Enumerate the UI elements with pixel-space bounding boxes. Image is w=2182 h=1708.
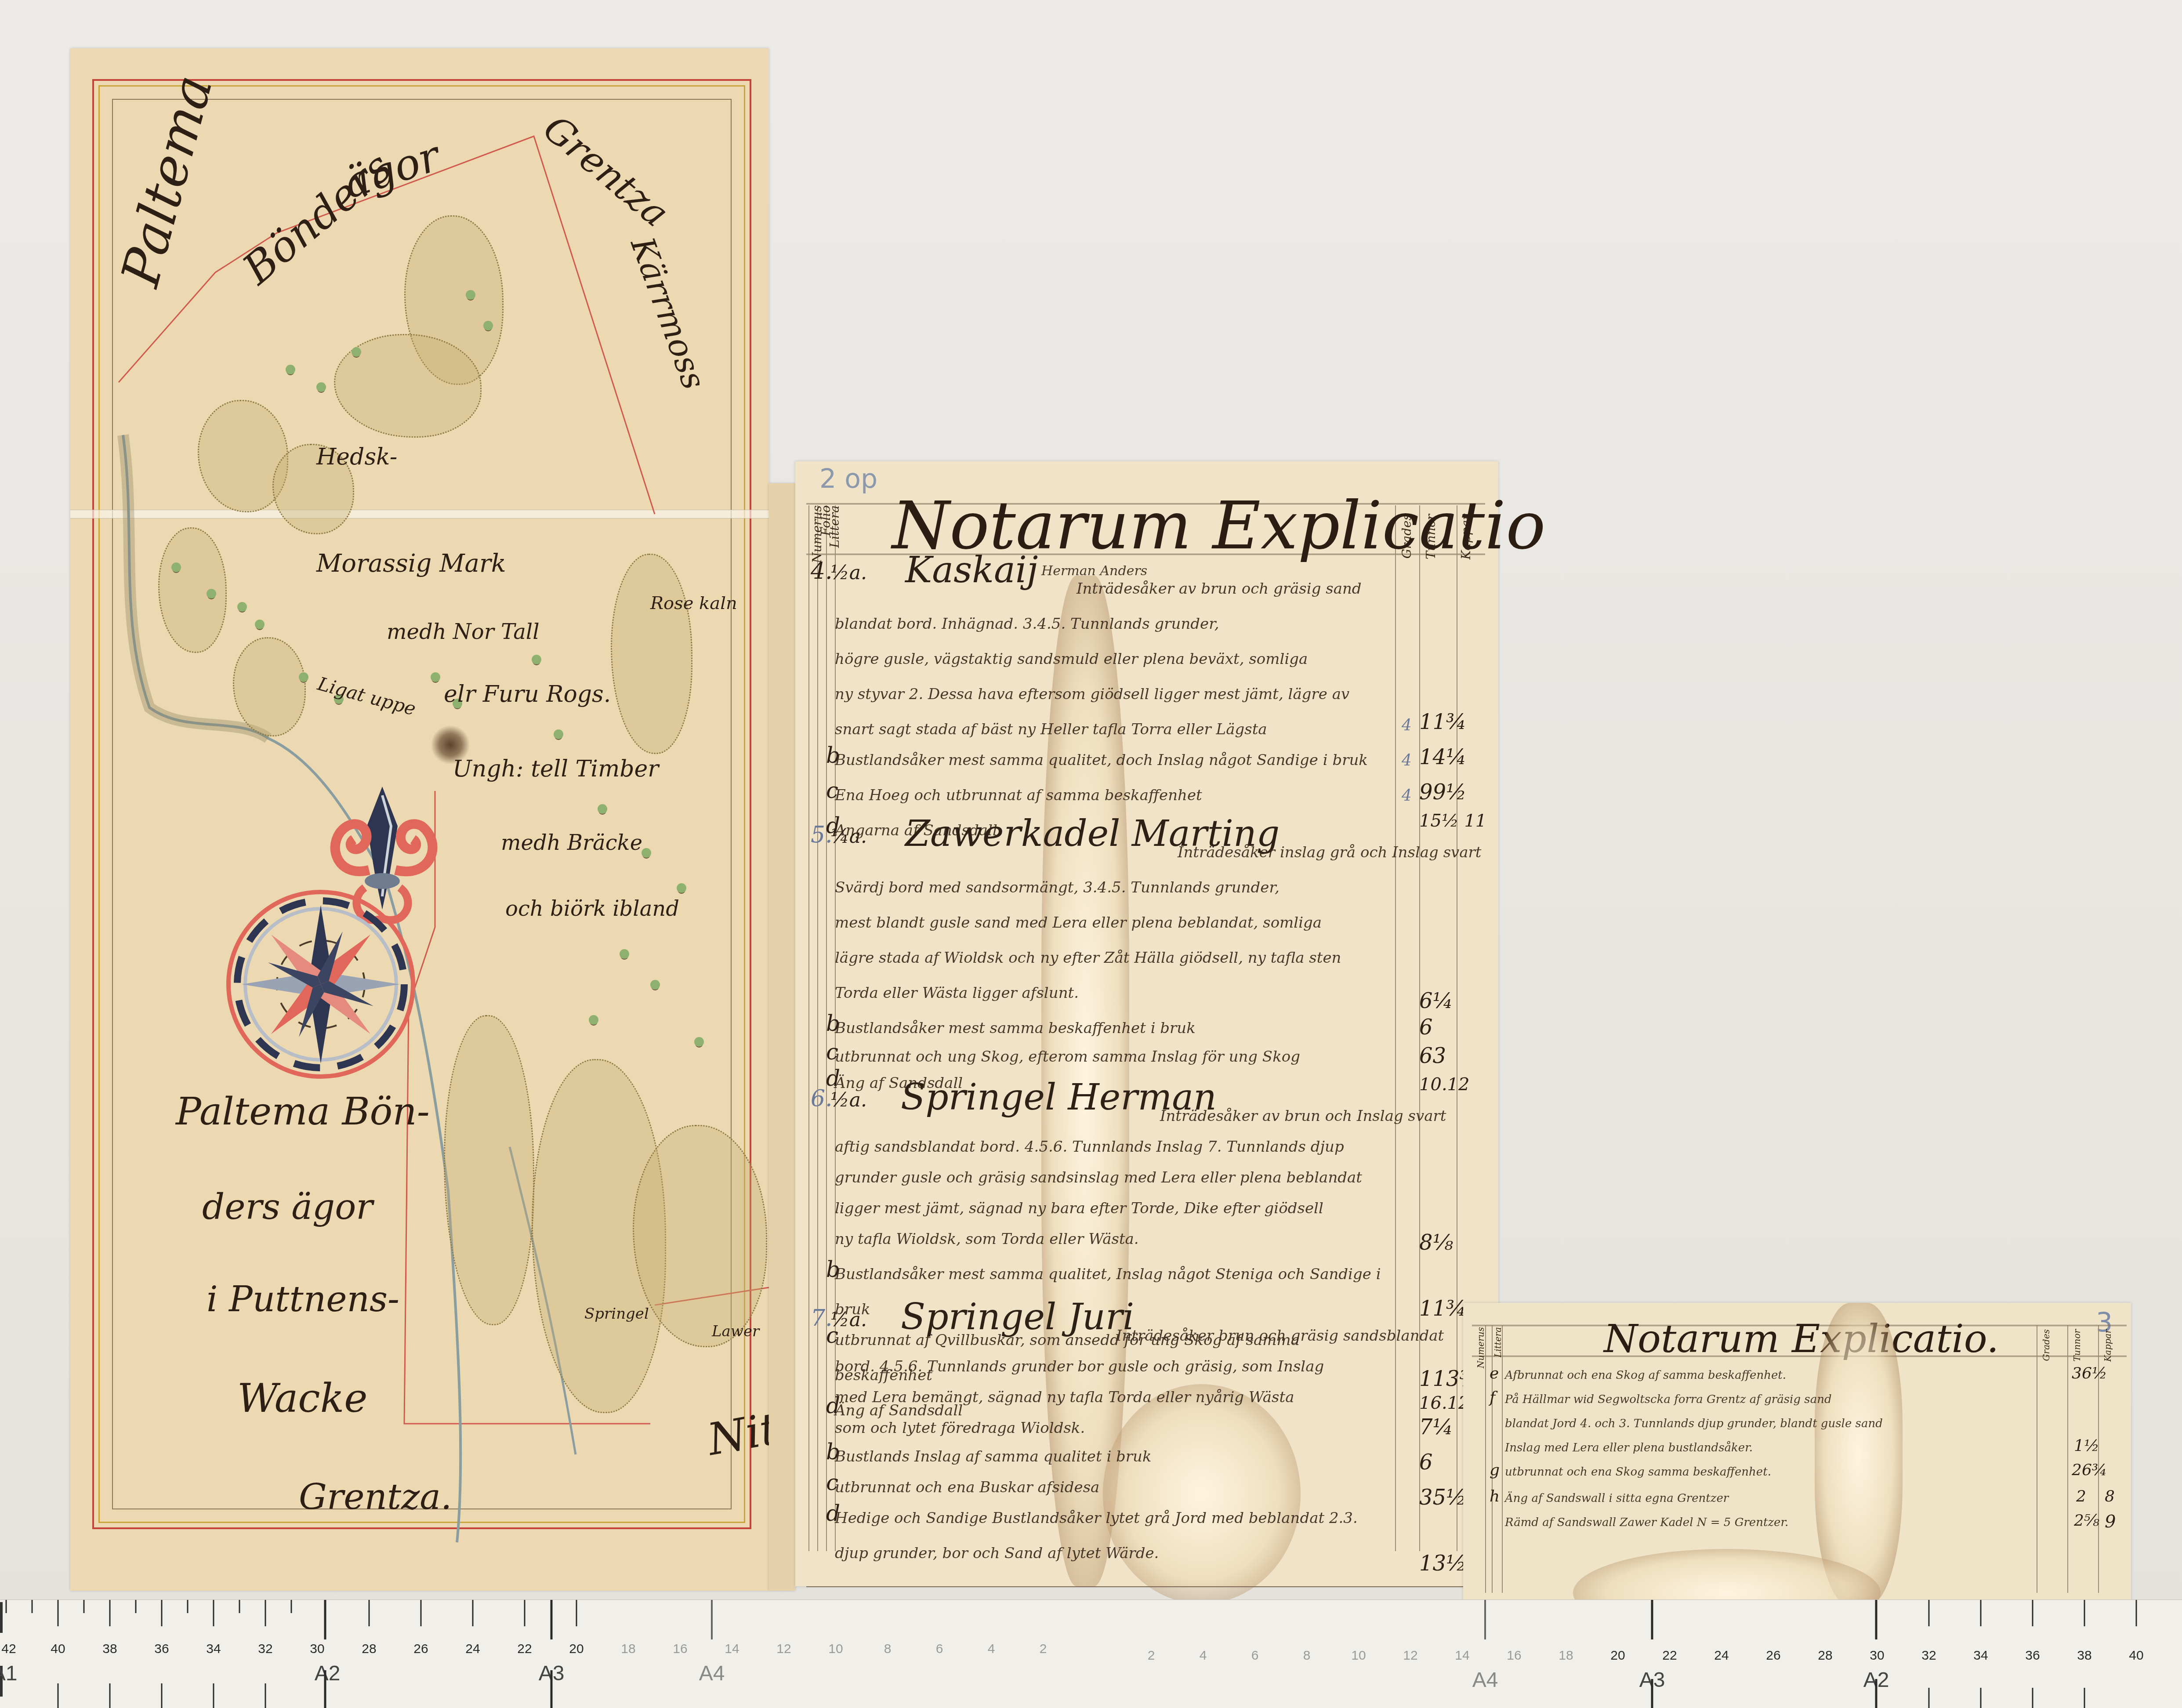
- tree-icon: [694, 1037, 704, 1047]
- item-text: utbrunnat och ena Buskar afsidesa: [835, 1470, 1099, 1505]
- entry-line: snart sagt stada af bäst ny Heller tafla…: [835, 712, 1267, 747]
- tunnor-value: 6: [1419, 1450, 1433, 1475]
- entry-line: ligger mest jämt, sägnad ny bara efter T…: [835, 1191, 1323, 1226]
- tunnor-value: 6¼: [1419, 989, 1453, 1013]
- tree-icon: [620, 949, 629, 959]
- column-rule: [817, 505, 818, 1551]
- label-lawer: Lawer: [712, 1323, 759, 1340]
- tree-icon: [466, 290, 475, 300]
- entry-number: 4.: [811, 558, 833, 584]
- item-text: Rämd af Sandswall Zawer Kadel N = 5 Gren…: [1505, 1512, 1788, 1534]
- ledger-page-2: 3 Numerus Littera Grades Tunnor Kappar N…: [1463, 1303, 2131, 1606]
- entry-number: 6.: [811, 1085, 833, 1112]
- entry-line: Inträdesåker brun och gräsig sandsblanda…: [1116, 1318, 1444, 1353]
- entry-line: lägre stada af Wioldsk och ny efter Zåt …: [835, 940, 1341, 975]
- entry-line: Inträdesåker av brun och Inslag svart: [1160, 1099, 1446, 1134]
- entry-name: Springel Juri: [901, 1296, 1134, 1338]
- map-side-title-line5: Grentza.: [299, 1476, 452, 1517]
- footer-rule: [806, 1586, 1485, 1587]
- burn-damage: [1103, 1384, 1301, 1604]
- label-hedsk: Hedsk-: [316, 444, 397, 470]
- item-text: Ena Hoeg och utbrunnat af samma beskaffe…: [835, 778, 1202, 813]
- label-springel: Springel: [584, 1305, 649, 1323]
- item-text: Hedige och Sandige Bustlandsåker lytet g…: [835, 1501, 1384, 1571]
- item-text: Bustlands Inslag af samma qualitet i bru…: [835, 1439, 1152, 1474]
- tree-icon: [299, 672, 308, 682]
- label-biork-ibland: och biörk ibland: [505, 896, 679, 921]
- entry-line: grunder gusle och gräsig sandsinslag med…: [835, 1160, 1362, 1195]
- tunnor-value: 6: [1419, 1015, 1433, 1040]
- tunnor-value: 14¼: [1419, 745, 1467, 769]
- kappar-value: 9: [2105, 1512, 2116, 1532]
- entry-line: mest blandt gusle sand med Lera eller pl…: [835, 905, 1322, 940]
- label-rose-kaln: Rose kaln: [650, 593, 737, 613]
- entry-line: Inträdesåker inslag grå och Inslag svart: [1178, 835, 1482, 870]
- label-nor-tall: medh Nor Tall: [387, 620, 540, 644]
- tree-icon: [431, 672, 440, 682]
- map-side-title-line4: Wacke: [237, 1375, 368, 1422]
- column-rule: [2037, 1325, 2037, 1593]
- entry-line: aftig sandsblandat bord. 4.5.6. Tunnland…: [835, 1129, 1344, 1164]
- column-rule: [2067, 1325, 2068, 1593]
- tree-icon: [532, 655, 541, 664]
- tunnor-value: 11¾: [1419, 710, 1467, 734]
- entry-fraction: ½a.: [830, 1309, 867, 1331]
- entry-line: blandat bord. Inhägnad. 3.4.5. Tunnlands…: [835, 606, 1219, 642]
- tunnor-value: 63: [1419, 1044, 1446, 1068]
- entry-line: Torda eller Wästa ligger afslunt.: [835, 975, 1079, 1011]
- tree-icon: [237, 602, 247, 612]
- col-head-numerus: Numerus: [1475, 1327, 1486, 1368]
- entry-line: Inträdesåker av brun och gräsig sand: [1077, 571, 1362, 606]
- item-letter: f: [1490, 1389, 1495, 1407]
- measurement-ruler: 42 40 38 36 34 32 30 28 26 24 22 20 18 1…: [0, 1599, 2182, 1708]
- item-text: Inslag med Lera eller plena bustlandsåke…: [1505, 1437, 1753, 1459]
- tree-icon: [352, 347, 361, 357]
- map-side-title-line3: i Puttnens-: [207, 1279, 399, 1320]
- page-mark: 2 op: [819, 464, 877, 494]
- burn-stain: [431, 725, 470, 765]
- tree-icon: [207, 589, 216, 598]
- tree-icon: [589, 1015, 598, 1025]
- entry-line: högre gusle, vägstaktig sandsmuld eller …: [835, 642, 1308, 677]
- column-rule: [808, 505, 809, 1551]
- total-value: 16.12: [1419, 1393, 1470, 1413]
- col-head-grades: Grades: [2041, 1329, 2052, 1361]
- total-value: 10.12: [1419, 1074, 1470, 1095]
- ruler-ticks: [0, 1600, 2182, 1708]
- tunnor-value: 8⅛: [1419, 1230, 1453, 1255]
- entry-fraction: ¼a.: [830, 825, 867, 848]
- total-value: 15½ 11: [1419, 811, 1486, 831]
- entry-number: 5.: [811, 822, 833, 848]
- tree-icon: [642, 848, 651, 858]
- label-furu-rogs: elr Furu Rogs.: [444, 681, 611, 707]
- ledger-page-1: 2 op Numerus Folio Littera Grades Tunnor…: [795, 461, 1498, 1586]
- entry-line: ny styvar 2. Dessa hava eftersom giödsel…: [835, 677, 1349, 712]
- tree-icon: [483, 321, 493, 330]
- tunnor-value: 36½: [2072, 1364, 2107, 1382]
- entry-fraction: ½a.: [830, 1089, 867, 1111]
- tree-icon: [677, 883, 686, 893]
- item-letter: g: [1490, 1461, 1500, 1479]
- grade-value: 4: [1402, 751, 1412, 769]
- item-text: På Hällmar wid Segwoltscka forra Grentz …: [1505, 1389, 1832, 1411]
- tunnor-value: 13½: [1419, 1551, 1467, 1576]
- compass-rose-icon: [224, 888, 417, 1081]
- entry-number: 7.: [811, 1305, 833, 1331]
- map-sheet: Paltema Bönders ägor Grentza Kärrmoss Mo…: [70, 48, 769, 1591]
- tunnor-value: 2: [2076, 1487, 2086, 1505]
- item-letter: h: [1490, 1487, 1500, 1505]
- col-head-littera: Littera: [1493, 1327, 1503, 1357]
- entry-line: med Lera bemängt, sägnad ny tafla Torda …: [835, 1380, 1294, 1415]
- map-sheet-extension: [769, 483, 795, 1591]
- entry-line: ny tafla Wioldsk, som Torda eller Wästa.: [835, 1222, 1139, 1257]
- tree-icon: [598, 804, 607, 814]
- tree-icon: [554, 729, 563, 739]
- entry-name: Kaskaij: [905, 549, 1038, 591]
- column-rule: [1395, 505, 1396, 1551]
- col-head-littera: Littera: [827, 505, 842, 548]
- tree-icon: [171, 562, 181, 572]
- map-side-title-line1: Paltema Bön-: [176, 1090, 430, 1134]
- entry-line: bord. 4.5.6. Tunnlands grunder bor gusle…: [835, 1349, 1324, 1384]
- grade-value: 4: [1402, 787, 1412, 805]
- tunnor-value: 1½: [2074, 1437, 2099, 1455]
- entry-line: Svärdj bord med sandsormängt, 3.4.5. Tun…: [835, 870, 1279, 905]
- item-text: utbrunnat och ena Skog samma beskaffenhe…: [1505, 1461, 1771, 1483]
- tunnor-value: 7¼: [1419, 1415, 1453, 1440]
- grade-value: 4: [1402, 716, 1412, 734]
- item-text: Afbrunnat och ena Skog af samma beskaffe…: [1505, 1364, 1786, 1386]
- tree-icon: [255, 620, 265, 629]
- col-head-tunnor: Tunnor: [2072, 1329, 2082, 1362]
- tunnor-value: 99½: [1419, 780, 1467, 805]
- ledger-title: Notarum Explicatio.: [1604, 1316, 1999, 1361]
- col-head-kappar: Kappar: [2102, 1329, 2113, 1362]
- tunnor-value: 2⅝: [2074, 1512, 2099, 1530]
- label-morassig-mark: Morassig Mark: [316, 549, 506, 578]
- tree-icon: [316, 382, 326, 392]
- item-text: Äng af Sandswall i sitta egna Grentzer: [1505, 1487, 1729, 1509]
- item-text: blandat Jord 4. och 3. Tunnlands djup gr…: [1505, 1413, 1883, 1435]
- tree-icon: [286, 365, 295, 374]
- entry-fraction: ½a.: [830, 562, 867, 584]
- tunnor-value: 26¾: [2072, 1461, 2107, 1479]
- item-text: Bustlandsåker mest samma qualitet, doch …: [835, 743, 1368, 778]
- map-side-title-line2: ders ägor: [202, 1186, 373, 1227]
- tunnor-value: 11¾: [1419, 1296, 1467, 1321]
- column-rule: [1502, 1325, 1503, 1593]
- item-letter: e: [1490, 1364, 1499, 1382]
- tree-icon: [650, 980, 660, 990]
- tunnor-value: 35½: [1419, 1485, 1467, 1510]
- label-bracke: medh Bräcke: [501, 830, 642, 855]
- kappar-value: 8: [2105, 1487, 2115, 1505]
- label-timber: Ungh: tell Timber: [453, 756, 659, 782]
